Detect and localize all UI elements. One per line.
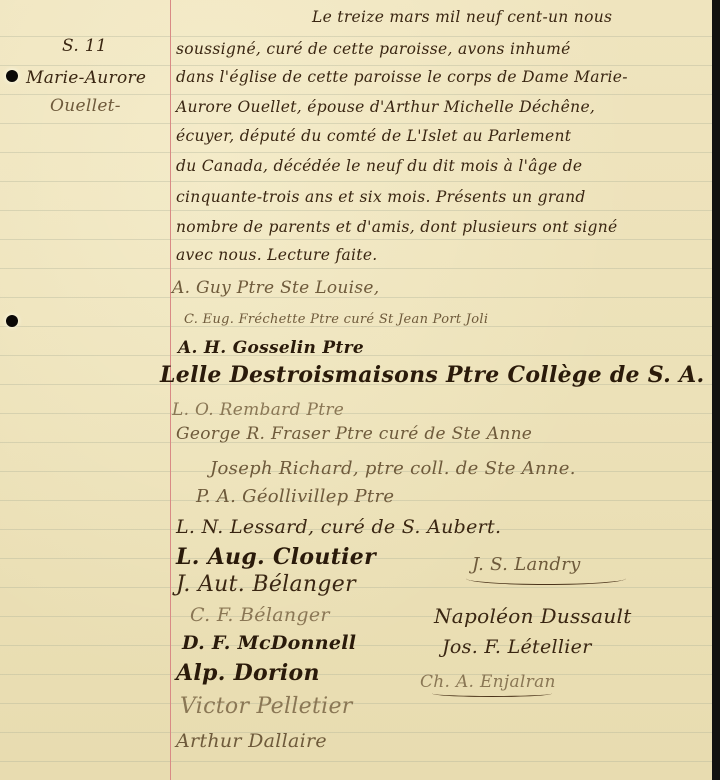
signature: Napoléon Dussault: [434, 604, 632, 628]
body-line: avec nous. Lecture faite.: [176, 246, 378, 264]
body-line: cinquante-trois ans et six mois. Présent…: [176, 188, 586, 206]
signature: D. F. McDonnell: [182, 632, 356, 654]
signature: L. N. Lessard, curé de S. Aubert.: [176, 516, 501, 538]
body-line: écuyer, député du comté de L'Islet au Pa…: [176, 127, 571, 145]
punch-hole-icon: [6, 315, 18, 327]
body-line: Le treize mars mil neuf cent-un nous: [312, 8, 612, 26]
signature: C. F. Bélanger: [190, 604, 330, 626]
signature: George R. Fraser Ptre curé de Ste Anne: [176, 424, 532, 444]
signature: Alp. Dorion: [176, 660, 320, 686]
margin-name-line1: Marie-Aurore: [26, 68, 146, 88]
signature: Ch. A. Enjalran: [420, 672, 556, 692]
signature: C. Eug. Fréchette Ptre curé St Jean Port…: [184, 312, 488, 327]
body-line: soussigné, curé de cette paroisse, avons…: [176, 40, 571, 58]
ruled-lines: [0, 0, 712, 780]
signature: Victor Pelletier: [180, 694, 353, 719]
body-line: dans l'église de cette paroisse le corps…: [176, 68, 628, 86]
signature: A. H. Gosselin Ptre: [178, 338, 364, 358]
signature: Arthur Dallaire: [176, 730, 327, 752]
margin-name-line2: Ouellet-: [50, 96, 121, 116]
scan-edge: [712, 0, 720, 780]
body-line: nombre de parents et d'amis, dont plusie…: [176, 218, 618, 236]
signature: A. Guy Ptre Ste Louise,: [172, 278, 379, 298]
entry-number: S. 11: [62, 36, 107, 56]
body-line: Aurore Ouellet, épouse d'Arthur Michelle…: [176, 98, 595, 116]
signature: J. Aut. Bélanger: [176, 572, 356, 597]
signature-flourish: [432, 690, 552, 697]
margin-rule: [170, 0, 171, 780]
signature: L. Aug. Cloutier: [176, 544, 376, 570]
signature: Jos. F. Létellier: [442, 636, 592, 658]
signature: L. O. Rembard Ptre: [172, 400, 344, 420]
signature: Joseph Richard, ptre coll. de Ste Anne.: [210, 458, 576, 479]
signature: P. A. Géollivillep Ptre: [196, 486, 394, 507]
signature: Lelle Destroismaisons Ptre Collège de S.…: [160, 362, 704, 388]
body-line: du Canada, décédée le neuf du dit mois à…: [176, 157, 582, 175]
signature-flourish: [466, 572, 626, 585]
punch-hole-icon: [6, 70, 18, 82]
register-page: S. 11 Marie-Aurore Ouellet- Le treize ma…: [0, 0, 712, 780]
